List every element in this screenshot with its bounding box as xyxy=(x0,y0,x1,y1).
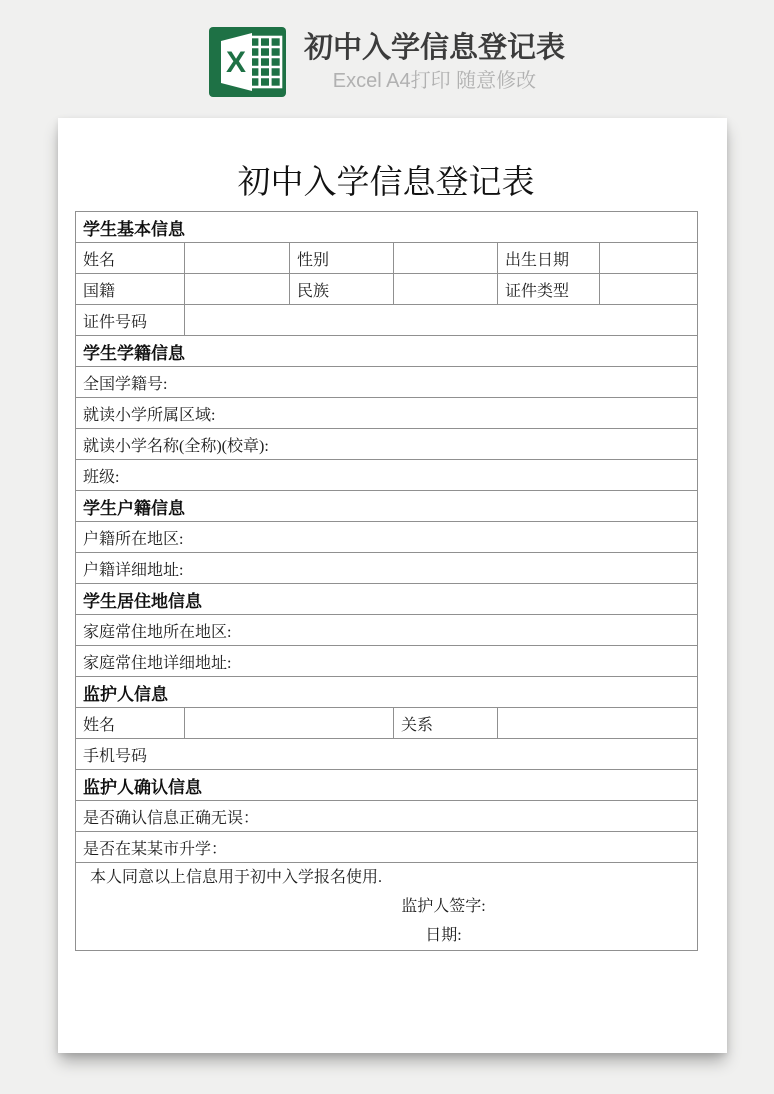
field-label-cell: 姓名 xyxy=(76,243,185,274)
template-header: X 初中入学信息登记表 Excel A4打印 随意修改 xyxy=(0,27,774,97)
section-header-cell: 学生居住地信息 xyxy=(76,584,698,615)
field-label-cell: 手机号码 xyxy=(76,739,698,770)
field-label-cell: 证件类型 xyxy=(498,274,600,305)
field-label-cell: 出生日期 xyxy=(498,243,600,274)
template-title: 初中入学信息登记表 xyxy=(304,31,565,65)
table-row: 学生户籍信息 xyxy=(76,491,698,522)
table-row: 是否在某某市升学： xyxy=(76,832,698,863)
table-row: 本人同意以上信息用于初中入学报名使用.监护人签字:日期: xyxy=(76,863,698,951)
table-row: 就读小学名称(全称)(校章): xyxy=(76,429,698,460)
input-cell[interactable] xyxy=(185,274,290,305)
table-row: 是否确认信息正确无误： xyxy=(76,801,698,832)
table-row: 学生学籍信息 xyxy=(76,336,698,367)
input-cell[interactable] xyxy=(600,243,698,274)
excel-icon: X xyxy=(209,27,286,97)
table-row: 全国学籍号: xyxy=(76,367,698,398)
field-label-cell: 户籍所在地区: xyxy=(76,522,698,553)
section-header-cell: 学生户籍信息 xyxy=(76,491,698,522)
table-row: 家庭常住地所在地区: xyxy=(76,615,698,646)
table-row: 户籍详细地址: xyxy=(76,553,698,584)
field-label-cell: 性别 xyxy=(290,243,394,274)
section-header-cell: 监护人确认信息 xyxy=(76,770,698,801)
table-row: 证件号码 xyxy=(76,305,698,336)
agreement-statement: 本人同意以上信息用于初中入学报名使用. xyxy=(83,863,695,892)
table-row: 班级: xyxy=(76,460,698,491)
table-row: 姓名关系 xyxy=(76,708,698,739)
field-label-cell: 民族 xyxy=(290,274,394,305)
field-label-cell: 姓名 xyxy=(76,708,185,739)
section-header-cell: 学生学籍信息 xyxy=(76,336,698,367)
confirmation-cell: 本人同意以上信息用于初中入学报名使用.监护人签字:日期: xyxy=(76,863,698,951)
field-label-cell: 班级: xyxy=(76,460,698,491)
field-label-cell: 家庭常住地所在地区: xyxy=(76,615,698,646)
input-cell[interactable] xyxy=(185,243,290,274)
section-header-cell: 学生基本信息 xyxy=(76,212,698,243)
table-row: 户籍所在地区: xyxy=(76,522,698,553)
a4-page: 初中入学信息登记表 学生基本信息姓名性别出生日期国籍民族证件类型证件号码学生学籍… xyxy=(58,118,727,1053)
section-header-cell: 监护人信息 xyxy=(76,677,698,708)
field-label-cell: 就读小学所属区域: xyxy=(76,398,698,429)
table-row: 就读小学所属区域: xyxy=(76,398,698,429)
excel-x-letter: X xyxy=(226,46,246,79)
table-row: 姓名性别出生日期 xyxy=(76,243,698,274)
input-cell[interactable] xyxy=(185,708,394,739)
table-row: 国籍民族证件类型 xyxy=(76,274,698,305)
document-title: 初中入学信息登记表 xyxy=(58,163,727,203)
table-row: 监护人信息 xyxy=(76,677,698,708)
table-row: 家庭常住地详细地址: xyxy=(76,646,698,677)
input-cell[interactable] xyxy=(498,708,698,739)
form-table: 学生基本信息姓名性别出生日期国籍民族证件类型证件号码学生学籍信息全国学籍号:就读… xyxy=(75,211,698,951)
field-label-cell: 户籍详细地址: xyxy=(76,553,698,584)
field-label-cell: 关系 xyxy=(394,708,498,739)
field-label-cell: 全国学籍号: xyxy=(76,367,698,398)
template-subtitle: Excel A4打印 随意修改 xyxy=(333,68,536,94)
table-row: 学生居住地信息 xyxy=(76,584,698,615)
table-row: 监护人确认信息 xyxy=(76,770,698,801)
table-row: 学生基本信息 xyxy=(76,212,698,243)
input-cell[interactable] xyxy=(185,305,698,336)
field-label-cell: 国籍 xyxy=(76,274,185,305)
date-label: 日期: xyxy=(83,921,695,950)
guardian-signature-label: 监护人签字: xyxy=(83,892,695,921)
field-label-cell: 家庭常住地详细地址: xyxy=(76,646,698,677)
input-cell[interactable] xyxy=(600,274,698,305)
field-label-cell: 就读小学名称(全称)(校章): xyxy=(76,429,698,460)
form-body: 学生基本信息姓名性别出生日期国籍民族证件类型证件号码学生学籍信息全国学籍号:就读… xyxy=(76,212,698,951)
input-cell[interactable] xyxy=(394,274,498,305)
input-cell[interactable] xyxy=(394,243,498,274)
field-label-cell: 证件号码 xyxy=(76,305,185,336)
table-row: 手机号码 xyxy=(76,739,698,770)
field-label-cell: 是否确认信息正确无误： xyxy=(76,801,698,832)
field-label-cell: 是否在某某市升学： xyxy=(76,832,698,863)
